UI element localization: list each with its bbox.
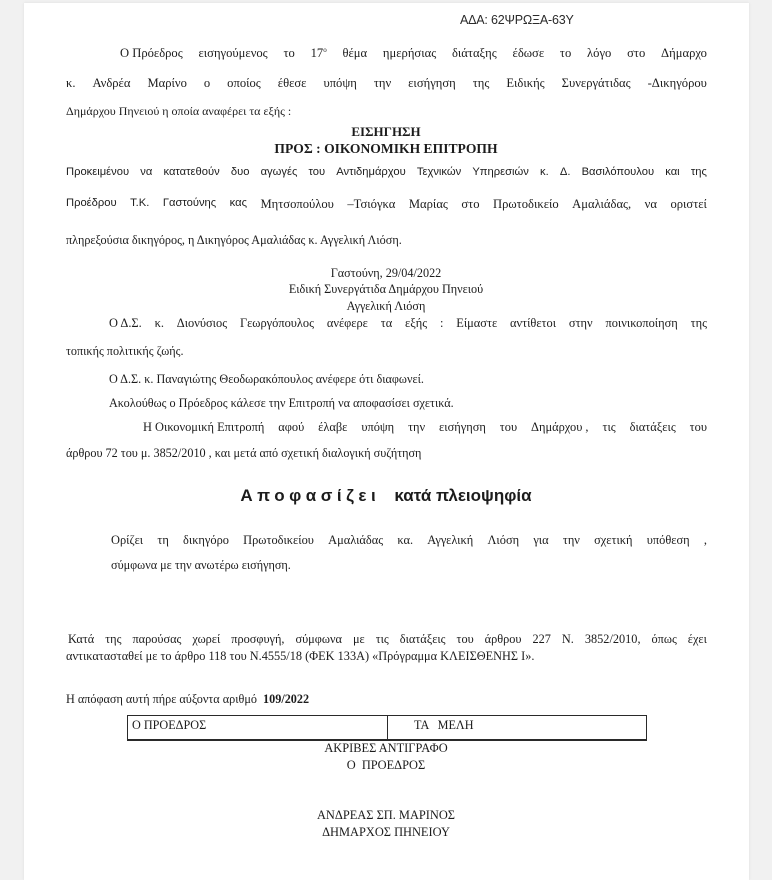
intro-line-1: Ο Πρόεδρος εισηγούμενος το 17ο θέμα ημερ… <box>120 46 707 61</box>
committee-line-1: Η Οικονομική Επιτροπήαφούέλαβευπόψητηνει… <box>143 420 707 435</box>
mayor-name: ΑΝΔΡΕΑΣ ΣΠ. ΜΑΡΙΝΟΣ <box>0 808 772 823</box>
chair-call-line: Ακολούθως ο Πρόεδρος κάλεσε την Επιτροπή… <box>109 396 454 411</box>
discussion-line-3: Ο Δ.Σ. κ. Παναγιώτης Θεοδωρακόπουλος ανέ… <box>109 372 424 387</box>
topic-number: 17ο <box>311 46 327 61</box>
proposal-subheading: ΠΡΟΣ : ΟΙΚΟΝΟΜΙΚΗ ΕΠΙΤΡΟΠΗ <box>0 141 772 157</box>
proposal-heading: ΕΙΣΗΓΗΣΗ <box>0 124 772 140</box>
certified-copy-chair: Ο ΠΡΟΕΔΡΟΣ <box>0 758 772 773</box>
discussion-line-1: Ο Δ.Σ.κ.ΔιονύσιοςΓεωργόπουλοςανέφερεταεξ… <box>109 316 707 331</box>
decision-number-line: Η απόφαση αυτή πήρε αύξοντα αριθμό 109/2… <box>66 692 309 707</box>
mayor-title: ΔΗΜΑΡΧΟΣ ΠΗΝΕΙΟΥ <box>0 825 772 840</box>
decision-line-1: ΟρίζειτηδικηγόροΠρωτοδικείουΑμαλιάδαςκα.… <box>111 533 707 548</box>
decision-title: Αποφασίζει κατά πλειοψηφία <box>0 486 772 506</box>
discussion-line-2: τοπικής πολιτικής ζωής. <box>66 344 184 359</box>
decision-line-2: σύμφωνα με την ανωτέρω εισήγηση. <box>111 558 291 573</box>
proposal-signer-role: Ειδική Συνεργάτιδα Δημάρχου Πηνειού <box>0 282 772 297</box>
appeal-line-2: αντικατασταθεί με το άρθρο 118 του Ν.455… <box>66 649 534 664</box>
intro-line-2: κ.ΑνδρέαΜαρίνοοοποίοςέθεσευπόψητηνεισήγη… <box>66 76 707 91</box>
ada-code: ΑΔΑ: 62ΨΡΩΞΑ-63Υ <box>460 13 574 27</box>
signatures-table: Ο ΠΡΟΕΔΡΟΣ ΤΑ ΜΕΛΗ <box>127 715 647 741</box>
certified-copy-label: ΑΚΡΙΒΕΣ ΑΝΤΙΓΡΑΦΟ <box>0 741 772 756</box>
committee-line-2: άρθρου 72 του μ. 3852/2010 , και μετά απ… <box>66 446 421 461</box>
proposal-place-date: Γαστούνη, 29/04/2022 <box>0 266 772 281</box>
intro-line-3: Δημάρχου Πηνειού η οποία αναφέρει τα εξή… <box>66 104 291 119</box>
members-cell: ΤΑ ΜΕΛΗ <box>388 716 646 739</box>
proposal-line-3: πληρεξούσια δικηγόρος, η Δικηγόρος Αμαλι… <box>66 233 402 248</box>
proposal-signer-name: Αγγελική Λιόση <box>0 299 772 314</box>
decision-number: 109/2022 <box>263 692 309 706</box>
proposal-line-1: ΠροκειμένουνακατατεθούνδυοαγωγέςτουΑντιδ… <box>66 166 707 178</box>
chair-cell: Ο ΠΡΟΕΔΡΟΣ <box>128 716 388 739</box>
appeal-line-1: Κατάτηςπαρούσαςχωρείπροσφυγή,σύμφωναμετι… <box>68 632 707 647</box>
proposal-line-2: ΠροέδρουΤ.Κ.ΓαστούνηςκαςΜητσοπούλου–Τσιό… <box>66 197 707 212</box>
